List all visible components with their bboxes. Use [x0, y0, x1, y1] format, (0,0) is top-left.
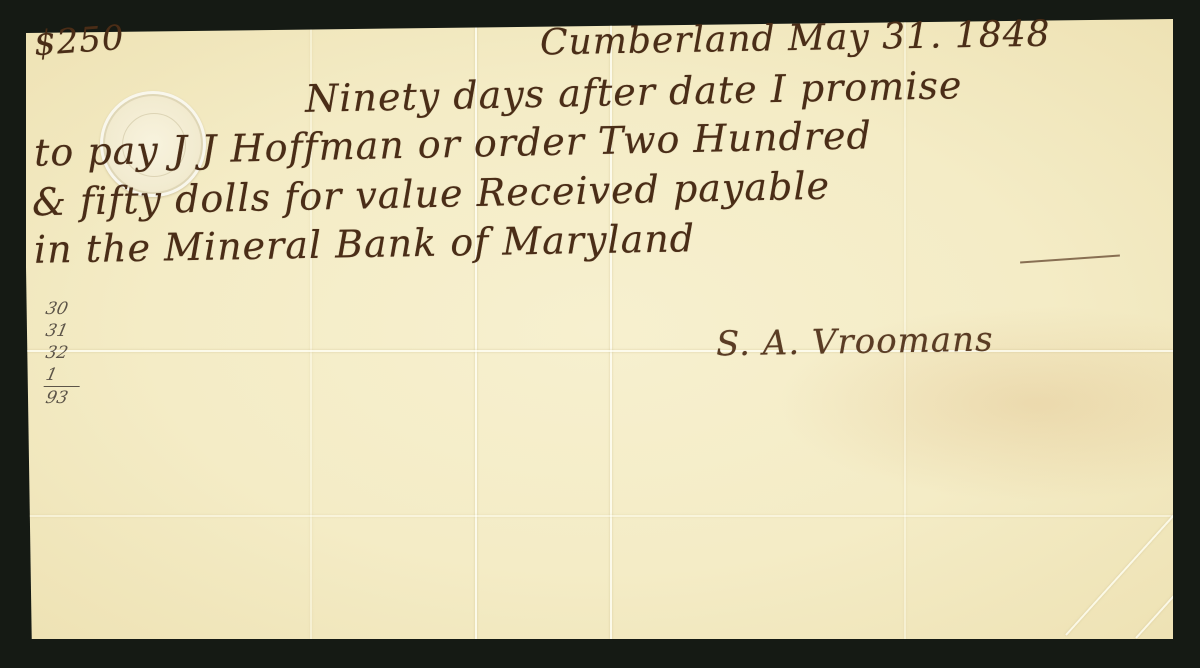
note-amount: $250 — [33, 18, 126, 64]
margin-note: 93 — [44, 387, 85, 409]
margin-note: 32 — [44, 342, 85, 364]
fold-crease — [26, 515, 1173, 517]
margin-note: 1 — [44, 364, 85, 387]
margin-pencil-notes: 30 31 32 1 93 — [46, 298, 82, 409]
corner-fold-crease — [1135, 548, 1200, 639]
fold-crease — [26, 350, 1173, 352]
document-photo: $250 Cumberland May 31. 1848 Ninety days… — [0, 0, 1200, 668]
margin-note: 30 — [44, 298, 85, 320]
corner-fold-crease — [1065, 441, 1200, 636]
signature: S. A. Vroomans — [716, 320, 994, 365]
margin-note: 31 — [44, 320, 85, 342]
